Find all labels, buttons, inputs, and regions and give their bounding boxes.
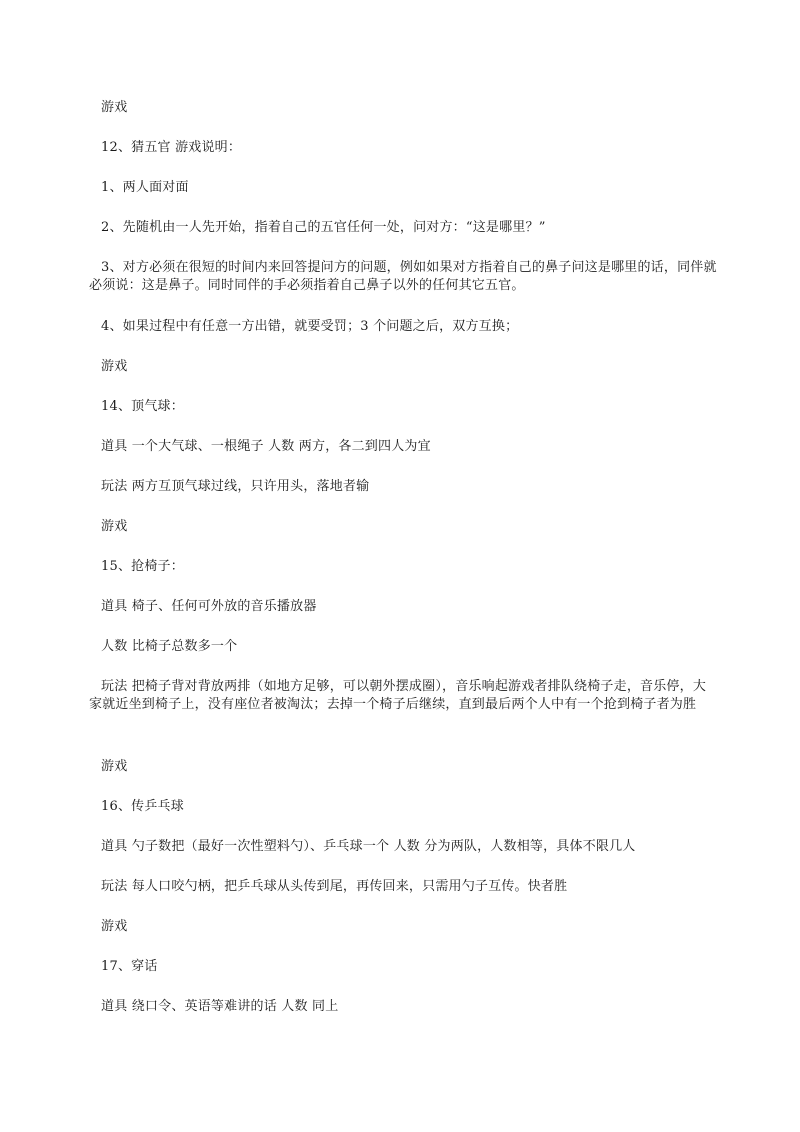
paragraph-game-heading: 游戏 bbox=[89, 758, 717, 776]
paragraph-howto: 玩法 每人口咬勺柄，把乒乓球从头传到尾，再传回来，只需用勺子互传。快者胜 bbox=[89, 878, 717, 896]
paragraph-game-heading: 游戏 bbox=[89, 358, 717, 376]
paragraph-item-14-title: 14、顶气球： bbox=[89, 398, 717, 416]
paragraph-howto: 玩法 两方互顶气球过线，只许用头，落地者输 bbox=[89, 478, 717, 496]
paragraph-game-heading: 游戏 bbox=[89, 918, 717, 936]
paragraph-props: 道具 绕口令、英语等难讲的话 人数 同上 bbox=[89, 998, 717, 1016]
paragraph-game-heading: 游戏 bbox=[89, 99, 717, 117]
paragraph-rule-1: 1、两人面对面 bbox=[89, 179, 717, 197]
paragraph-rule-3: 3、对方必须在很短的时间内来回答提问方的问题，例如如果对方指着自己的鼻子问这是哪… bbox=[89, 259, 717, 295]
paragraph-item-12-title: 12、猜五官 游戏说明： bbox=[89, 139, 717, 157]
paragraph-howto: 玩法 把椅子背对背放两排（如地方足够，可以朝外摆成圈），音乐响起游戏者排队绕椅子… bbox=[89, 678, 717, 714]
paragraph-item-15-title: 15、抢椅子： bbox=[89, 558, 717, 576]
paragraph-rule-2: 2、先随机由一人先开始，指着自己的五官任何一处，问对方：“这是哪里？” bbox=[89, 219, 717, 237]
paragraph-props: 道具 勺子数把（最好一次性塑料勺）、乒乓球一个 人数 分为两队，人数相等，具体不… bbox=[89, 838, 717, 856]
paragraph-item-16-title: 16、传乒乓球 bbox=[89, 798, 717, 816]
paragraph-game-heading: 游戏 bbox=[89, 518, 717, 536]
paragraph-props: 道具 一个大气球、一根绳子 人数 两方，各二到四人为宜 bbox=[89, 438, 717, 456]
paragraph-players: 人数 比椅子总数多一个 bbox=[89, 638, 717, 656]
paragraph-item-17-title: 17、穿话 bbox=[89, 958, 717, 976]
paragraph-props: 道具 椅子、任何可外放的音乐播放器 bbox=[89, 598, 717, 616]
paragraph-rule-4: 4、如果过程中有任意一方出错，就要受罚；3 个问题之后，双方互换； bbox=[89, 318, 717, 336]
